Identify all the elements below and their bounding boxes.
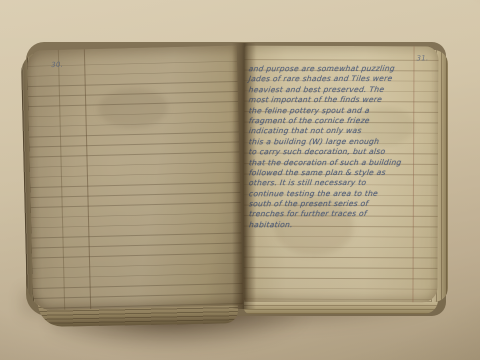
left-page-margin-line-1 xyxy=(58,50,65,310)
page-number-right: 31. xyxy=(416,54,428,62)
handwriting-line: Jades of rare shades and Tiles were xyxy=(248,74,439,85)
handwriting-line: habitation. xyxy=(248,219,438,230)
handwriting-line: continue testing the area to the xyxy=(248,188,438,199)
paper-stain xyxy=(98,87,169,129)
handwriting-line: and purpose are somewhat puzzling xyxy=(248,63,439,74)
handwriting-line: trenches for further traces of xyxy=(248,209,438,220)
notebook-photo: 30. 31. and purpose are somewhat puzzlin… xyxy=(0,0,480,360)
handwriting-line: most important of the finds were xyxy=(248,94,439,105)
handwriting-line: fragment of the cornice frieze xyxy=(248,115,438,126)
handwriting-line: followed the same plan & style as xyxy=(248,167,438,178)
page-number-left: 30. xyxy=(51,61,63,69)
handwriting-line: others. It is still necessary to xyxy=(248,178,438,189)
handwriting-line: indicating that not only was xyxy=(248,126,438,137)
right-page: 31. and purpose are somewhat puzzling Ja… xyxy=(243,46,438,303)
left-page: 30. xyxy=(27,45,243,310)
handwriting-block: and purpose are somewhat puzzling Jades … xyxy=(248,63,438,230)
handwriting-line: that the decoration of such a building xyxy=(248,157,438,168)
handwriting-line: the feline pottery spout and a xyxy=(248,105,439,116)
left-page-ruling xyxy=(27,45,243,310)
handwriting-line: this a building (W) large enough xyxy=(248,136,438,147)
handwriting-line: south of the present series of xyxy=(248,198,438,209)
handwriting-line: to carry such decoration, but also xyxy=(248,146,438,157)
left-page-margin-line-2 xyxy=(84,49,91,309)
handwriting-line: heaviest and best preserved. The xyxy=(248,84,439,95)
